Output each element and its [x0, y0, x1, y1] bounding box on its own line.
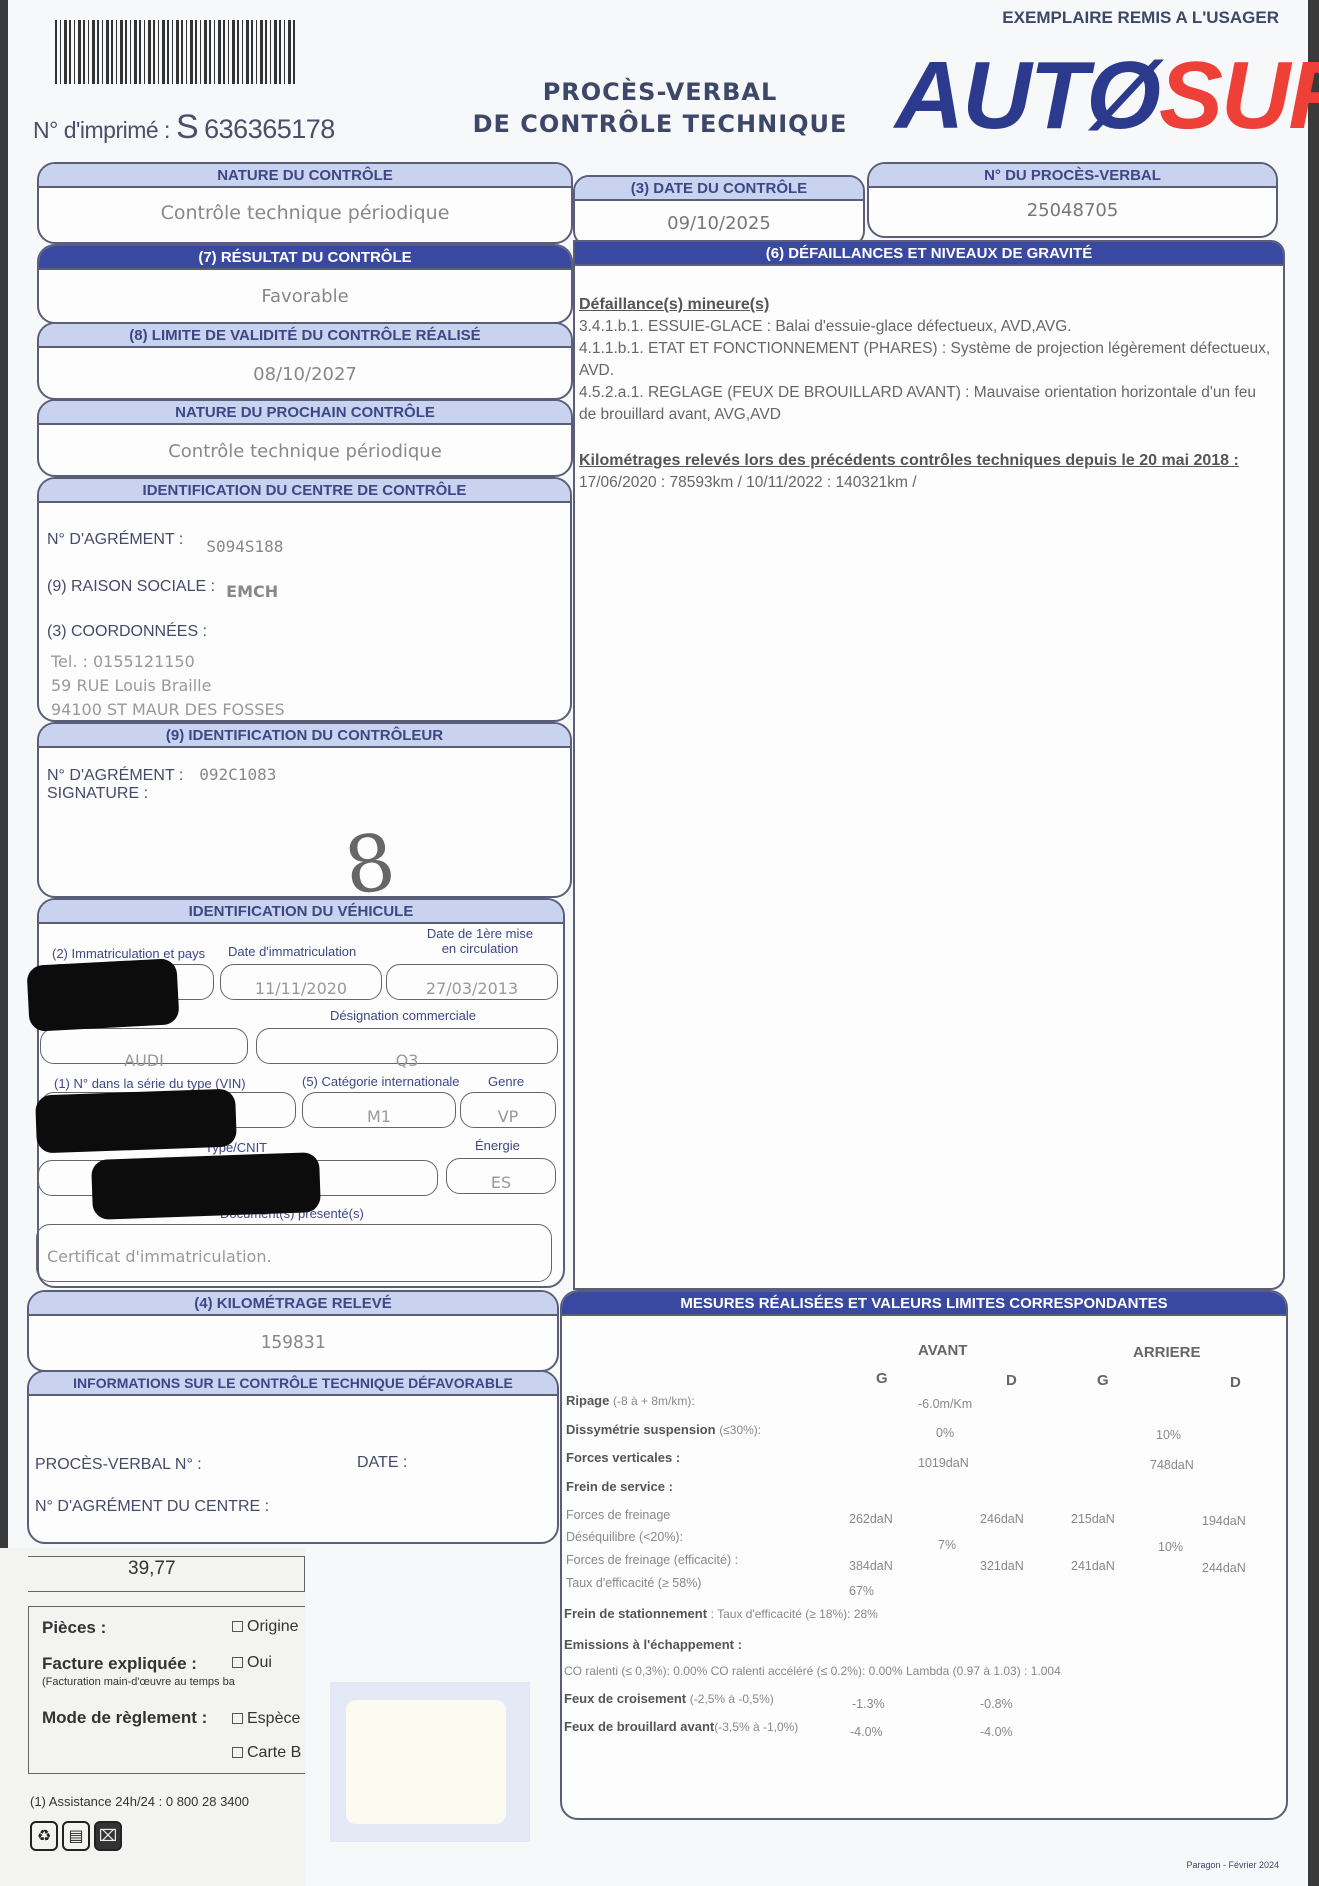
print-number-value: 636365178 — [204, 114, 335, 144]
arriere-g-header: G — [1097, 1372, 1109, 1389]
avant-d-header: D — [1006, 1372, 1017, 1389]
invoice-amount: 39,77 — [128, 1558, 176, 1580]
categorie-label: (5) Catégorie internationale — [302, 1074, 460, 1089]
premiere-mise-label: Date de 1ère mise en circulation — [420, 926, 540, 956]
checkbox-icon[interactable] — [232, 1621, 243, 1632]
facture-label: Facture expliquée : — [42, 1654, 197, 1674]
forces-verticales-avant: 1019daN — [918, 1456, 969, 1470]
centre-agrement-label: N° D'AGRÉMENT : — [47, 531, 183, 548]
energie-label: Énergie — [475, 1138, 520, 1153]
avant-header: AVANT — [918, 1342, 967, 1359]
checkbox-icon[interactable] — [232, 1713, 243, 1724]
centre-phone: Tel. : 0155121150 — [51, 650, 285, 674]
defect-item: 4.1.1.b.1. ETAT ET FONCTIONNEMENT (PHARE… — [579, 338, 1277, 382]
frein-service-label: Frein de service : — [566, 1479, 673, 1494]
print-number-prefix: S — [176, 108, 198, 146]
forces-freinage-label: Forces de freinage — [566, 1508, 670, 1522]
feux-brouillard-row: Feux de brouillard avant(-3,5% à -1,0%) — [564, 1719, 798, 1734]
nature-controle-title: NATURE DU CONTRÔLE — [39, 164, 571, 188]
controleur-agrement-label: N° D'AGRÉMENT : — [47, 767, 183, 784]
forces-efficacite-ar-g: 241daN — [1071, 1559, 1115, 1573]
printer-credit: Paragon - Février 2024 — [1186, 1860, 1279, 1870]
limite-validite-box: (8) LIMITE DE VALIDITÉ DU CONTRÔLE RÉALI… — [37, 322, 573, 400]
copy-notice: EXEMPLAIRE REMIS A L'USAGER — [1002, 8, 1279, 28]
designation-label: Désignation commerciale — [330, 1008, 476, 1023]
controleur-title: (9) IDENTIFICATION DU CONTRÔLEUR — [39, 724, 570, 748]
prochain-controle-box: NATURE DU PROCHAIN CONTRÔLE Contrôle tec… — [37, 399, 573, 477]
checkbox-icon[interactable] — [232, 1657, 243, 1668]
redaction-mark — [35, 1089, 237, 1154]
centre-address-line2: 94100 ST MAUR DES FOSSES — [51, 698, 285, 722]
km-history-heading: Kilométrages relevés lors des précédents… — [579, 450, 1277, 472]
forces-efficacite-av-g: 384daN — [849, 1559, 893, 1573]
arriere-d-header: D — [1230, 1374, 1241, 1391]
facture-option[interactable]: Oui — [232, 1654, 272, 1672]
feux-brouillard-g: -4.0% — [850, 1725, 883, 1739]
forces-verticales-label: Forces verticales : — [566, 1450, 680, 1465]
mesures-title: MESURES RÉALISÉES ET VALEURS LIMITES COR… — [562, 1292, 1286, 1316]
autosur-logo: AUTØSUR — [895, 46, 1319, 146]
energie-field: ES — [446, 1158, 556, 1194]
pieces-label: Pièces : — [42, 1618, 106, 1638]
forces-efficacite-label: Forces de freinage (efficacité) : — [566, 1553, 738, 1567]
forces-verticales-arriere: 748daN — [1150, 1458, 1194, 1472]
nature-controle-box: NATURE DU CONTRÔLE Contrôle technique pé… — [37, 162, 573, 244]
limite-validite-value: 08/10/2027 — [39, 348, 571, 385]
arriere-header: ARRIERE — [1133, 1344, 1201, 1361]
dissymetrie-arriere: 10% — [1156, 1428, 1181, 1442]
feux-croisement-g: -1.3% — [852, 1697, 885, 1711]
logo-o-icon: Ø — [1086, 42, 1159, 149]
forces-efficacite-av-d: 321daN — [980, 1559, 1024, 1573]
stamp-window — [346, 1700, 506, 1824]
ripage-value: -6.0m/Km — [918, 1397, 972, 1411]
kilometrage-title: (4) KILOMÉTRAGE RELEVÉ — [29, 1292, 557, 1316]
num-pv-value: 25048705 — [869, 188, 1276, 221]
resultat-title: (7) RÉSULTAT DU CONTRÔLE — [39, 246, 571, 270]
redaction-mark — [26, 958, 179, 1032]
avant-g-header: G — [876, 1370, 888, 1387]
print-number-label: N° d'imprimé : — [33, 117, 170, 143]
resultat-value: Favorable — [39, 270, 571, 307]
ripage-row: Ripage (-8 à + 8m/km): — [566, 1393, 695, 1408]
barcode — [55, 20, 295, 84]
immat-label: (2) Immatriculation et pays — [52, 946, 205, 961]
emissions-label: Emissions à l'échappement : — [564, 1637, 742, 1652]
designation-field: Q3 — [256, 1028, 558, 1064]
genre-field: VP — [460, 1092, 556, 1128]
centre-raison-label: (9) RAISON SOCIALE : — [47, 578, 215, 595]
forces-freinage-ar-d: 194daN — [1202, 1514, 1246, 1528]
defaillances-content: Défaillance(s) mineure(s) 3.4.1.b.1. ESS… — [575, 266, 1283, 494]
num-pv-title: N° DU PROCÈS-VERBAL — [869, 164, 1276, 188]
triman-icon: ♻ — [30, 1821, 58, 1851]
stamp-area — [330, 1682, 530, 1842]
controleur-agrement-value: 092C1083 — [199, 765, 276, 784]
forces-freinage-av-g: 262daN — [849, 1512, 893, 1526]
date-controle-title: (3) DATE DU CONTRÔLE — [575, 177, 863, 201]
desequilibre-label: Déséquilibre (<20%): — [566, 1530, 683, 1544]
defaillances-box: (6) DÉFAILLANCES ET NIVEAUX DE GRAVITÉ D… — [573, 240, 1285, 1290]
defect-item: 4.5.2.a.1. REGLAGE (FEUX DE BROUILLARD A… — [579, 382, 1277, 426]
resultat-box: (7) RÉSULTAT DU CONTRÔLE Favorable — [37, 244, 573, 324]
print-number: N° d'imprimé :S636365178 — [33, 108, 335, 147]
title-line-1: PROCÈS-VERBAL — [470, 76, 850, 108]
premiere-mise-field: 27/03/2013 — [386, 964, 558, 1000]
feux-brouillard-d: -4.0% — [980, 1725, 1013, 1739]
date-immat-label: Date d'immatriculation — [228, 944, 356, 959]
date-controle-box: (3) DATE DU CONTRÔLE 09/10/2025 — [573, 175, 865, 247]
forces-freinage-av-d: 246daN — [980, 1512, 1024, 1526]
feux-croisement-d: -0.8% — [980, 1697, 1013, 1711]
dissymetrie-avant: 0% — [936, 1426, 954, 1440]
defaillances-title: (6) DÉFAILLANCES ET NIVEAUX DE GRAVITÉ — [575, 242, 1283, 266]
bin-icon: ⌧ — [94, 1821, 122, 1851]
title-line-2: DE CONTRÔLE TECHNIQUE — [470, 108, 850, 140]
prochain-controle-value: Contrôle technique périodique — [39, 425, 571, 462]
document-title: PROCÈS-VERBAL DE CONTRÔLE TECHNIQUE — [470, 76, 850, 140]
defect-item: 3.4.1.b.1. ESSUIE-GLACE : Balai d'essuie… — [579, 316, 1277, 338]
reglement-label: Mode de règlement : — [42, 1708, 207, 1728]
marque-field: AUDI — [40, 1028, 248, 1064]
num-pv-box: N° DU PROCÈS-VERBAL 25048705 — [867, 162, 1278, 238]
genre-label: Genre — [488, 1074, 524, 1089]
paper-icon: ▤ — [62, 1821, 90, 1851]
forces-freinage-ar-g: 215daN — [1071, 1512, 1115, 1526]
defavorable-agrement-label: N° D'AGRÉMENT DU CENTRE : — [35, 1498, 269, 1516]
pieces-option[interactable]: Origine — [232, 1618, 299, 1636]
redaction-mark — [91, 1152, 321, 1220]
vehicule-title: IDENTIFICATION DU VÉHICULE — [39, 900, 563, 924]
date-controle-value: 09/10/2025 — [575, 201, 863, 234]
signature-label: SIGNATURE : — [47, 785, 276, 803]
reglement-option-espece[interactable]: Espèce — [232, 1710, 300, 1728]
logo-sur: SUR — [1159, 42, 1319, 149]
frein-stationnement-row: Frein de stationnement : Taux d'efficaci… — [564, 1606, 878, 1621]
prochain-controle-title: NATURE DU PROCHAIN CONTRÔLE — [39, 401, 571, 425]
reglement-option-carte[interactable]: Carte B — [232, 1744, 301, 1762]
centre-raison-value: EMCH — [226, 582, 278, 601]
defavorable-date-label: DATE : — [357, 1454, 407, 1472]
defavorable-box: INFORMATIONS SUR LE CONTRÔLE TECHNIQUE D… — [27, 1370, 559, 1544]
centre-address-line1: 59 RUE Louis Braille — [51, 674, 285, 698]
desequilibre-avant: 7% — [938, 1538, 956, 1552]
taux-efficacite-value: 67% — [849, 1584, 874, 1598]
desequilibre-arriere: 10% — [1158, 1540, 1183, 1554]
documents-field: Certificat d'immatriculation. — [36, 1224, 552, 1282]
emissions-values: CO ralenti (≤ 0,3%): 0.00% CO ralenti ac… — [564, 1664, 1061, 1678]
centre-agrement-value: S094S188 — [206, 537, 283, 556]
dissymetrie-row: Dissymétrie suspension (≤30%): — [566, 1422, 761, 1437]
centre-box: IDENTIFICATION DU CENTRE DE CONTRÔLE N° … — [37, 477, 572, 722]
minor-defects-heading: Défaillance(s) mineure(s) — [579, 294, 1277, 316]
kilometrage-value: 159831 — [29, 1316, 557, 1353]
centre-coord-label: (3) COORDONNÉES : — [47, 623, 207, 641]
assistance-phone: (1) Assistance 24h/24 : 0 800 28 3400 — [30, 1794, 249, 1809]
date-immat-field: 11/11/2020 — [220, 964, 382, 1000]
nature-controle-value: Contrôle technique périodique — [39, 188, 571, 224]
defavorable-pv-label: PROCÈS-VERBAL N° : — [35, 1456, 202, 1474]
checkbox-icon[interactable] — [232, 1747, 243, 1758]
feux-croisement-row: Feux de croisement (-2,5% à -0,5%) — [564, 1691, 774, 1706]
limite-validite-title: (8) LIMITE DE VALIDITÉ DU CONTRÔLE RÉALI… — [39, 324, 571, 348]
km-history-value: 17/06/2020 : 78593km / 10/11/2022 : 1403… — [579, 472, 1277, 494]
defavorable-title: INFORMATIONS SUR LE CONTRÔLE TECHNIQUE D… — [29, 1372, 557, 1396]
taux-efficacite-label: Taux d'efficacité (≥ 58%) — [566, 1576, 701, 1590]
categorie-field: M1 — [302, 1092, 456, 1128]
forces-efficacite-ar-d: 244daN — [1202, 1561, 1246, 1575]
facture-note: (Facturation main-d'œuvre au temps ba — [42, 1676, 304, 1688]
recycling-icons: ♻ ▤ ⌧ — [30, 1821, 122, 1851]
logo-auto: AUT — [895, 42, 1086, 149]
controleur-box: (9) IDENTIFICATION DU CONTRÔLEUR N° D'AG… — [37, 722, 572, 898]
centre-title: IDENTIFICATION DU CENTRE DE CONTRÔLE — [39, 479, 570, 503]
kilometrage-box: (4) KILOMÉTRAGE RELEVÉ 159831 — [27, 1290, 559, 1372]
